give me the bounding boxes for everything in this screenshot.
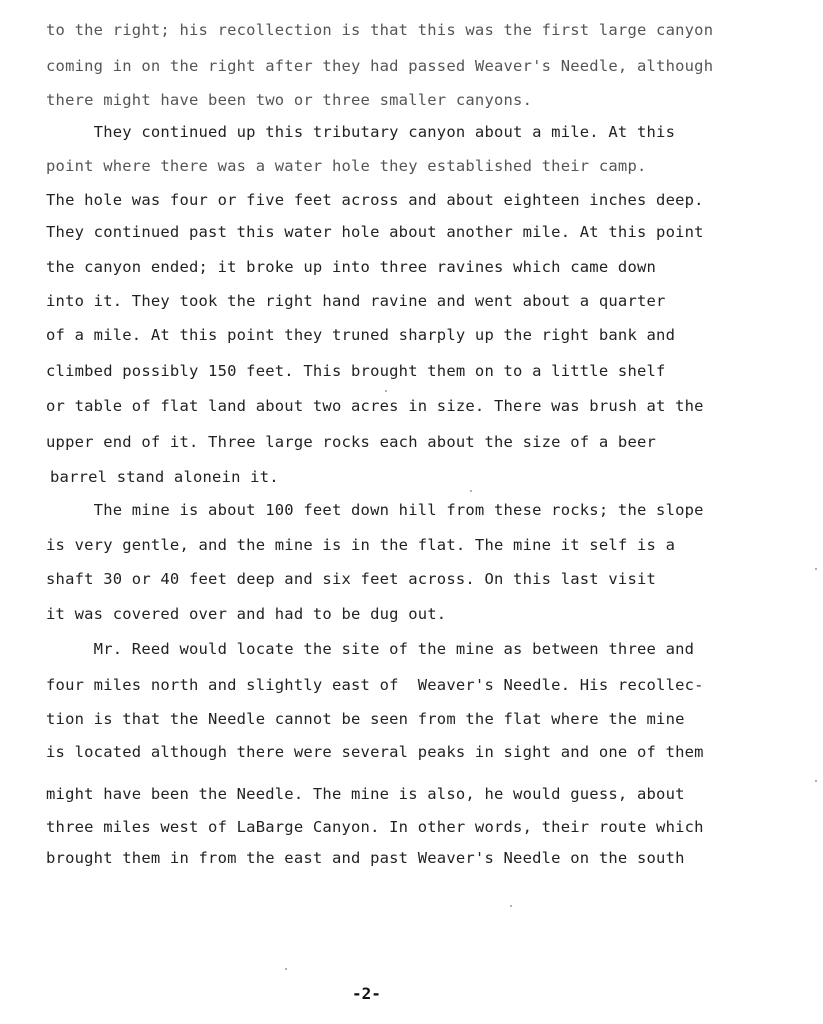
text-line: is very gentle, and the mine is in the f…: [46, 535, 675, 555]
text-line: The hole was four or five feet across an…: [46, 190, 704, 210]
text-line: it was covered over and had to be dug ou…: [46, 604, 446, 624]
text-line: is located although there were several p…: [46, 742, 704, 762]
text-line: Mr. Reed would locate the site of the mi…: [46, 639, 694, 659]
scan-speck: [815, 780, 817, 782]
text-line: of a mile. At this point they truned sha…: [46, 325, 675, 345]
text-line: The mine is about 100 feet down hill fro…: [46, 500, 704, 520]
text-line: upper end of it. Three large rocks each …: [46, 432, 656, 452]
text-line: four miles north and slightly east of We…: [46, 675, 704, 695]
text-line: to the right; his recollection is that t…: [46, 20, 713, 40]
text-line: point where there was a water hole they …: [46, 156, 647, 176]
scan-speck: [815, 568, 817, 570]
text-line: the canyon ended; it broke up into three…: [46, 257, 656, 277]
scan-speck: [470, 490, 472, 492]
text-line: barrel stand alonein it.: [50, 467, 279, 487]
text-line: They continued past this water hole abou…: [46, 222, 704, 242]
typewritten-page: to the right; his recollection is that t…: [0, 0, 823, 1024]
text-line: shaft 30 or 40 feet deep and six feet ac…: [46, 569, 656, 589]
text-line: there might have been two or three small…: [46, 90, 532, 110]
page-number: -2-: [352, 984, 381, 1003]
text-line: brought them in from the east and past W…: [46, 848, 685, 868]
text-line: climbed possibly 150 feet. This brought …: [46, 361, 666, 381]
scan-speck: [510, 905, 512, 907]
text-line: into it. They took the right hand ravine…: [46, 291, 666, 311]
scan-speck: [285, 968, 287, 970]
text-line: might have been the Needle. The mine is …: [46, 784, 685, 804]
text-line: three miles west of LaBarge Canyon. In o…: [46, 817, 704, 837]
text-line: or table of flat land about two acres in…: [46, 396, 704, 416]
scan-speck: [385, 390, 387, 392]
text-line: tion is that the Needle cannot be seen f…: [46, 709, 685, 729]
text-line: They continued up this tributary canyon …: [46, 122, 675, 142]
text-line: coming in on the right after they had pa…: [46, 56, 713, 76]
